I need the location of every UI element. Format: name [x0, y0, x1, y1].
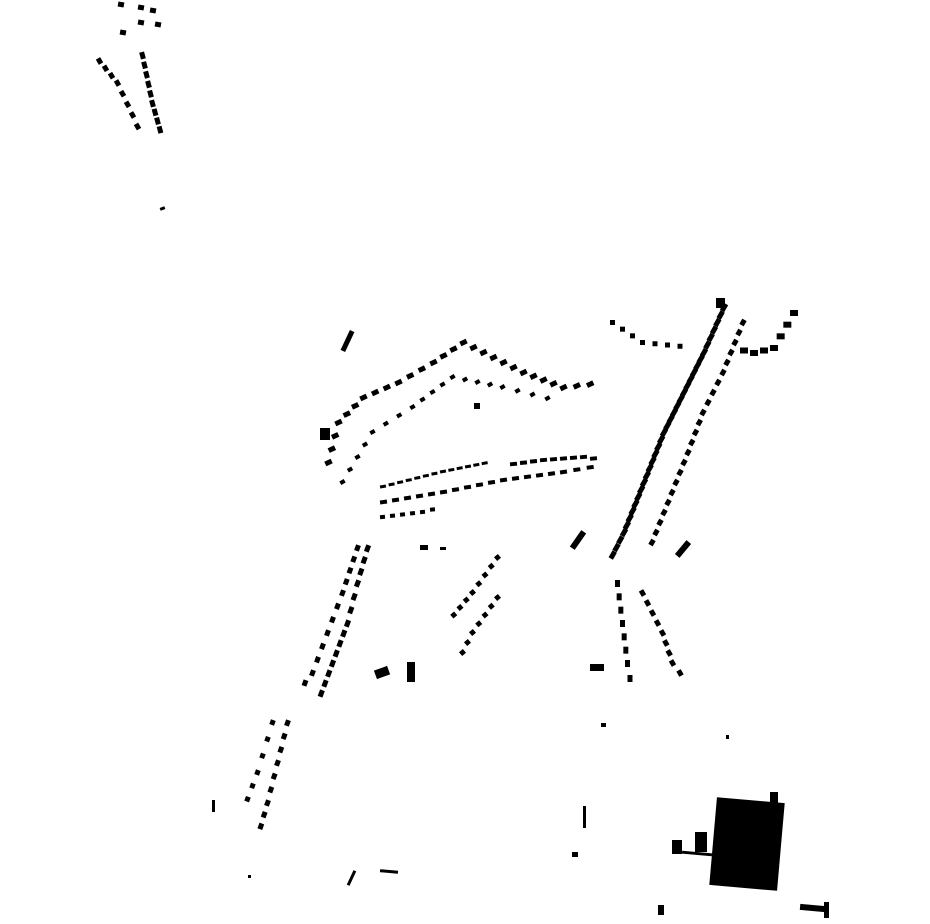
building-footprints-layer [0, 0, 930, 924]
figure-ground-map [0, 0, 930, 924]
